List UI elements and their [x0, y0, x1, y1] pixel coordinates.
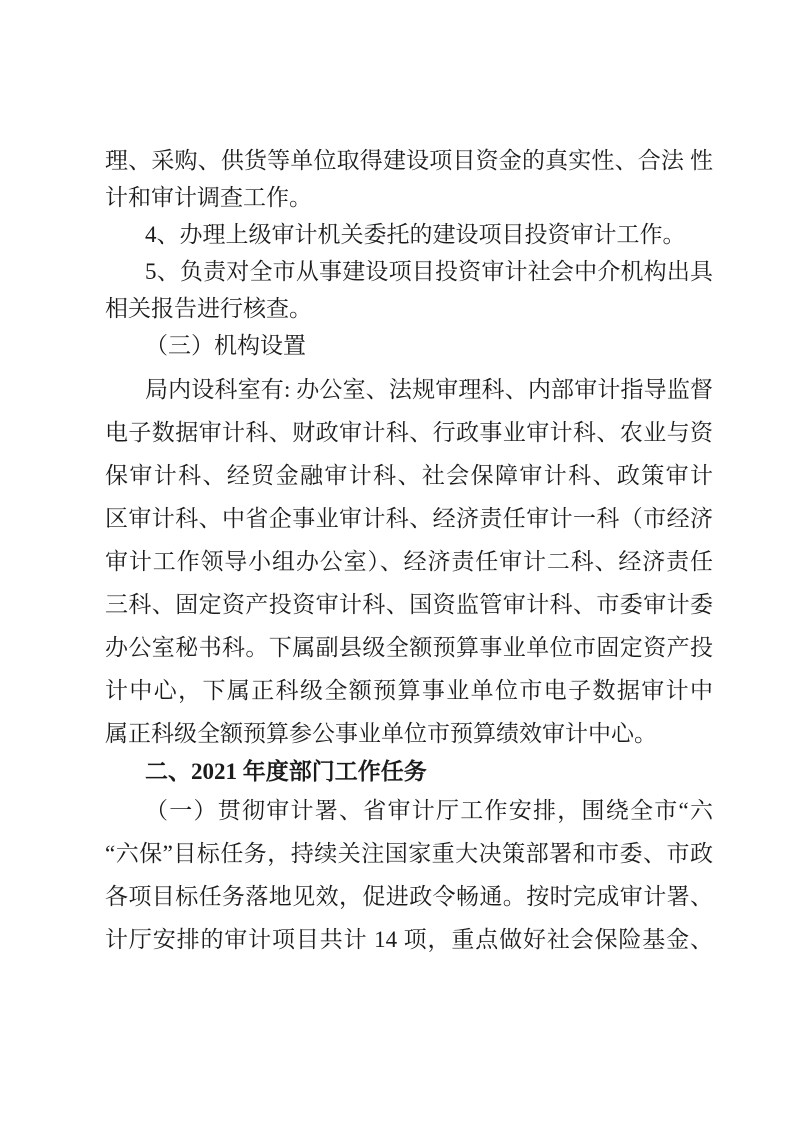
text-line: 局内设科室有: 办公室、法规审理科、内部审计指导监督科、: [105, 368, 713, 411]
document-page: 理、采购、供货等单位取得建设项目资金的真实性、合法 性审计和审计调查工作。4、办…: [0, 0, 793, 1122]
text-line: 二、2021 年度部门工作任务: [105, 755, 713, 789]
text-line: 理、采购、供货等单位取得建设项目资金的真实性、合法 性审: [105, 142, 713, 179]
text-line: 计厅安排的审计项目共计 14 项，重点做好社会保险基金、就业: [105, 918, 713, 961]
text-line: 保审计科、经贸金融审计科、社会保障审计科、政策审计科、园: [105, 454, 713, 497]
text-line: （三）机构设置: [105, 327, 713, 364]
paragraph-duty-5: 5、负责对全市从事建设项目投资审计社会中介机构出具的相关报告进行核查。: [105, 253, 713, 327]
text-line: 计和审计调查工作。: [105, 179, 713, 216]
text-line: 4、办理上级审计机关委托的建设项目投资审计工作。: [105, 216, 713, 253]
text-line: 属正科级全额预算参公事业单位市预算绩效审计中心。: [105, 712, 713, 755]
paragraph-duty-4: 4、办理上级审计机关委托的建设项目投资审计工作。: [105, 216, 713, 253]
text-line: 三科、固定资产投资审计科、国资监管审计科、市委审计委员会: [105, 583, 713, 626]
text-line: 相关报告进行核查。: [105, 290, 713, 327]
text-line: 5、负责对全市从事建设项目投资审计社会中介机构出具的: [105, 253, 713, 290]
paragraph-org-departments: 局内设科室有: 办公室、法规审理科、内部审计指导监督科、电子数据审计科、财政审计…: [105, 368, 713, 755]
text-line: “六保”目标任务，持续关注国家重大决策部署和市委、市政府: [105, 832, 713, 875]
text-line: 办公室秘书科。下属副县级全额预算事业单位市固定资产投资审: [105, 626, 713, 669]
document-text-column: 理、采购、供货等单位取得建设项目资金的真实性、合法 性审计和审计调查工作。4、办…: [105, 142, 713, 961]
paragraph-task-1: （一）贯彻审计署、省审计厅工作安排，围绕全市“六稳”“六保”目标任务，持续关注国…: [105, 789, 713, 961]
text-line: （一）贯彻审计署、省审计厅工作安排，围绕全市“六稳”: [105, 789, 713, 832]
heading-org-setup: （三）机构设置: [105, 327, 713, 364]
heading-2021-tasks: 二、2021 年度部门工作任务: [105, 755, 713, 789]
paragraph-continuation-duty-3: 理、采购、供货等单位取得建设项目资金的真实性、合法 性审计和审计调查工作。: [105, 142, 713, 216]
text-line: 计中心，下属正科级全额预算事业单位市电子数据审计中心，下: [105, 669, 713, 712]
text-line: 电子数据审计科、财政审计科、行政事业审计科、农业与资源环: [105, 411, 713, 454]
text-line: 审计工作领导小组办公室）、经济责任审计二科、经济责任审计: [105, 540, 713, 583]
text-line: 各项目标任务落地见效，促进政令畅通。按时完成审计署、省审: [105, 875, 713, 918]
text-line: 区审计科、中省企事业审计科、经济责任审计一科（市经济责任: [105, 497, 713, 540]
